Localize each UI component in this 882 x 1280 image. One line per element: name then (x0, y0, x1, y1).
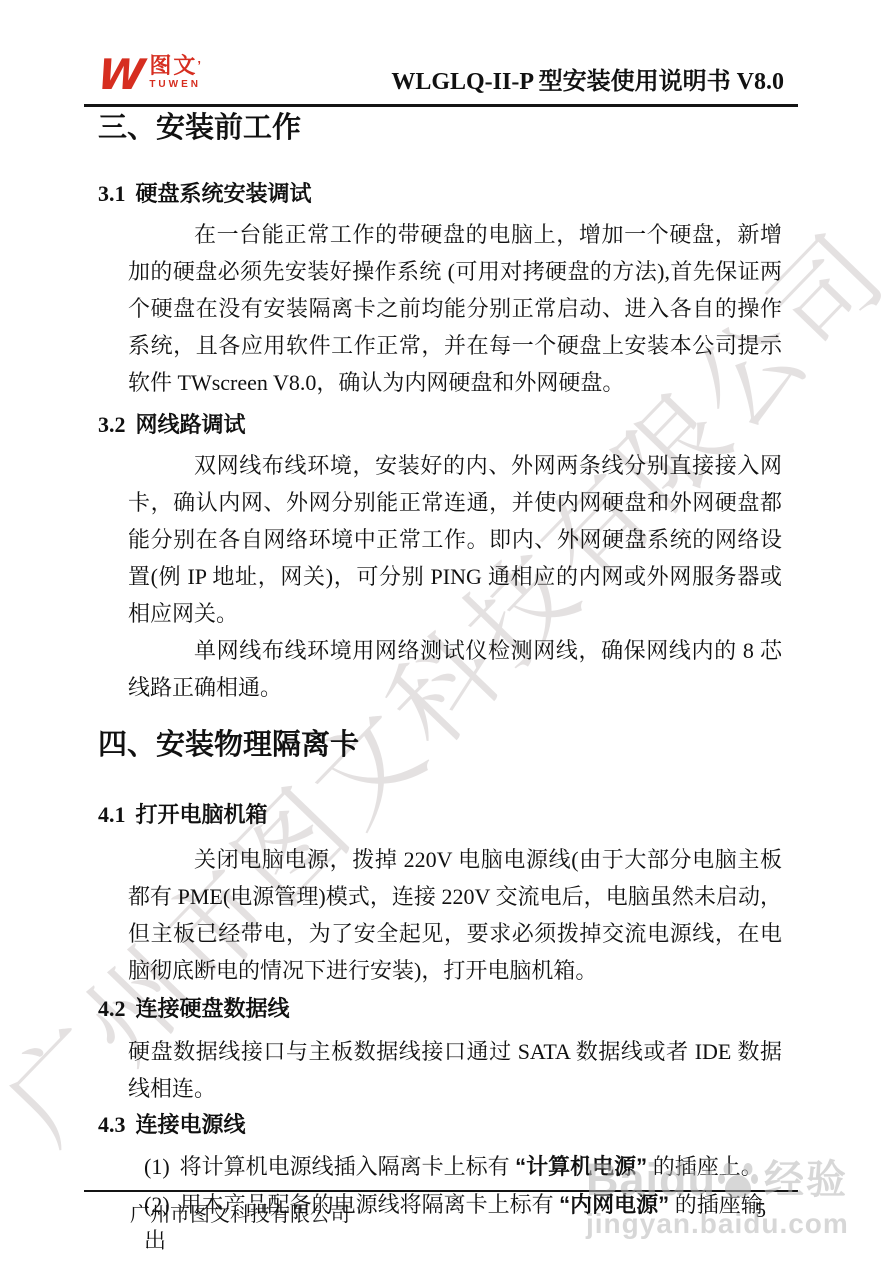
list-item-1: (1)将计算机电源线插入隔离卡上标有 “计算机电源” 的插座上。 (144, 1149, 782, 1185)
page-content: W 图文’ TUWEN WLGLQ-II-P 型安装使用说明书 V8.0 三、安… (84, 0, 798, 1259)
list-item-1-pre: 将计算机电源线插入隔离卡上标有 (180, 1154, 516, 1179)
section-3-heading: 三、安装前工作 (98, 111, 798, 146)
heading-4-2: 4.2连接硬盘数据线 (98, 995, 798, 1023)
logo-name: 图文’ (149, 54, 203, 78)
heading-3-2-number: 3.2 (98, 412, 126, 437)
heading-3-2: 3.2网线路调试 (98, 411, 798, 439)
heading-4-3-title: 连接电源线 (136, 1112, 246, 1137)
page-footer: 广州市图文科技有限公司 5 (84, 1190, 798, 1227)
heading-4-2-title: 连接硬盘数据线 (136, 996, 290, 1021)
logo-w-icon: W (96, 54, 145, 96)
footer-company: 广州市图文科技有限公司 (130, 1198, 350, 1227)
heading-3-1-number: 3.1 (98, 181, 126, 206)
list-item-1-bold: “计算机电源” (515, 1154, 647, 1179)
paragraph-3-1: 在一台能正常工作的带硬盘的电脑上，增加一个硬盘，新增加的硬盘必须先安装好操作系统… (128, 216, 782, 401)
heading-3-1: 3.1硬盘系统安装调试 (98, 180, 798, 208)
page-number: 5 (756, 1198, 767, 1223)
page-header: W 图文’ TUWEN WLGLQ-II-P 型安装使用说明书 V8.0 (84, 0, 798, 96)
paragraph-4-1: 关闭电脑电源，拨掉 220V 电脑电源线(由于大部分电脑主板都有 PME(电源管… (128, 841, 782, 989)
heading-3-2-title: 网线路调试 (136, 412, 246, 437)
list-item-1-post: 的插座上。 (647, 1154, 763, 1179)
list-item-1-marker: (1) (144, 1154, 170, 1179)
paragraph-3-2a: 双网线布线环境，安装好的内、外网两条线分别直接接入网卡，确认内网、外网分别能正常… (128, 447, 782, 632)
paragraph-3-2b: 单网线布线环境用网络测试仪检测网线，确保网线内的 8 芯线路正确相通。 (128, 632, 782, 706)
heading-4-1: 4.1打开电脑机箱 (98, 801, 798, 829)
header-rule (84, 104, 798, 107)
heading-4-1-title: 打开电脑机箱 (136, 802, 268, 827)
heading-4-3-number: 4.3 (98, 1112, 126, 1137)
document-title: WLGLQ-II-P 型安装使用说明书 V8.0 (391, 61, 784, 96)
logo-subtitle: TUWEN (149, 79, 201, 90)
heading-4-1-number: 4.1 (98, 802, 126, 827)
paragraph-4-2: 硬盘数据线接口与主板数据线接口通过 SATA 数据线或者 IDE 数据线相连。 (128, 1033, 782, 1107)
document-page: 广州市图文科技有限公司 W 图文’ TUWEN WLGLQ-II-P 型安装使用… (0, 0, 882, 1280)
heading-4-3: 4.3连接电源线 (98, 1111, 798, 1139)
heading-3-1-title: 硬盘系统安装调试 (136, 181, 312, 206)
heading-4-2-number: 4.2 (98, 996, 126, 1021)
logo-trademark: ’ (197, 58, 203, 73)
section-4-heading: 四、安装物理隔离卡 (98, 728, 798, 763)
logo-text-block: 图文’ TUWEN (149, 54, 203, 90)
tuwen-logo: W 图文’ TUWEN (98, 54, 203, 96)
